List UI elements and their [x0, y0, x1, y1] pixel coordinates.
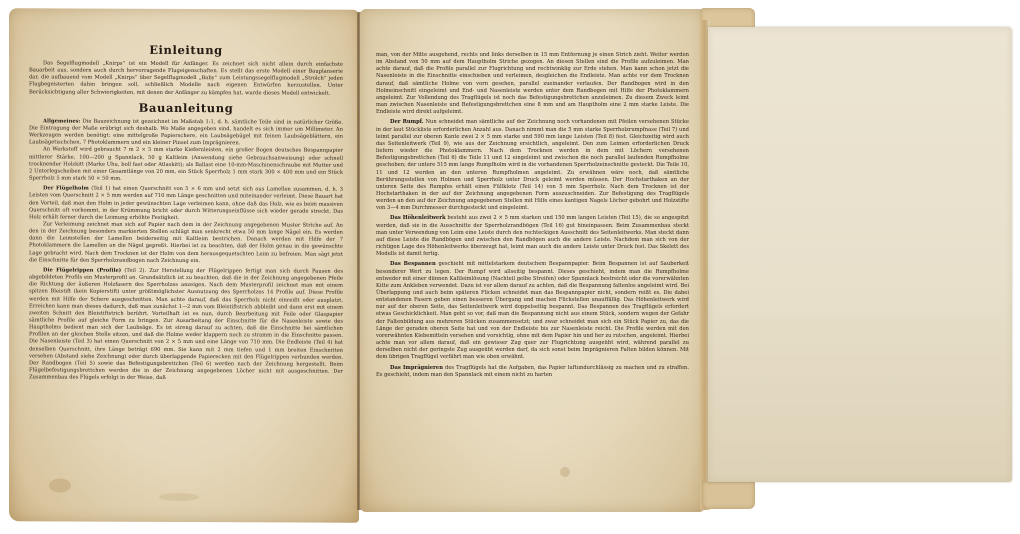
paper-stain	[49, 478, 71, 492]
lead-fluegelrippen: Die Flügelrippen (Profile)	[43, 267, 121, 273]
paragraph-hoehenleitwerk: Das Höhenleitwerk besteht aus zwei 2 × 5…	[376, 215, 689, 258]
middle-page-content: man, von der Mitte ausgehend, rechts und…	[376, 52, 689, 379]
paragraph-rumpf: Der Rumpf. Nun schneidet man sämtliche a…	[376, 119, 689, 212]
paragraph-fluegelholm: Der Flügelholm (Teil 1) hat einen Quersc…	[29, 186, 343, 223]
heading-bauanleitung: Bauanleitung	[29, 100, 343, 115]
paragraph-verleimung: Zur Verleimung zeichnet man sich auf Pap…	[29, 221, 343, 265]
middle-page: man, von der Mitte ausgehend, rechts und…	[360, 9, 705, 512]
paragraph-impraegnieren: Das Imprägnieren des Tragflügels hat die…	[376, 365, 689, 379]
lead-rumpf: Der Rumpf.	[390, 119, 424, 125]
left-page: Einleitung Das Segelflugmodell „Knirps“ …	[9, 8, 359, 523]
paragraph-bespannen: Das Bespannen geschieht mit mittelstarke…	[376, 261, 689, 361]
folded-tab-bottom	[702, 481, 755, 509]
paragraph-allgemeines: Allgemeines: Die Bauzeichnung ist gezeic…	[29, 118, 343, 148]
lead-allgemeines: Allgemeines:	[43, 118, 80, 124]
paragraph-fluegelrippen: Die Flügelrippen (Profile) (Teil 2). Zur…	[29, 267, 343, 383]
lead-bespannen: Das Bespannen	[390, 261, 436, 267]
heading-einleitung: Einleitung	[29, 42, 343, 57]
paper-stain	[159, 493, 199, 501]
paper-stain	[560, 467, 570, 477]
right-blank-page	[708, 27, 1012, 482]
left-page-content: Einleitung Das Segelflugmodell „Knirps“ …	[29, 42, 343, 383]
lead-hoehenleitwerk: Das Höhenleitwerk	[390, 215, 446, 221]
paragraph-continuation: man, von der Mitte ausgehend, rechts und…	[376, 52, 689, 116]
paragraph-werkstoff: An Werkstoff wird gebraucht 7 m 2 × 5 mm…	[29, 147, 343, 184]
lead-fluegelholm: Der Flügelholm	[43, 186, 89, 192]
paragraph-intro: Das Segelflugmodell „Knirps“ ist ein Mod…	[29, 60, 343, 97]
lead-impraegnieren: Das Imprägnieren	[390, 365, 443, 371]
